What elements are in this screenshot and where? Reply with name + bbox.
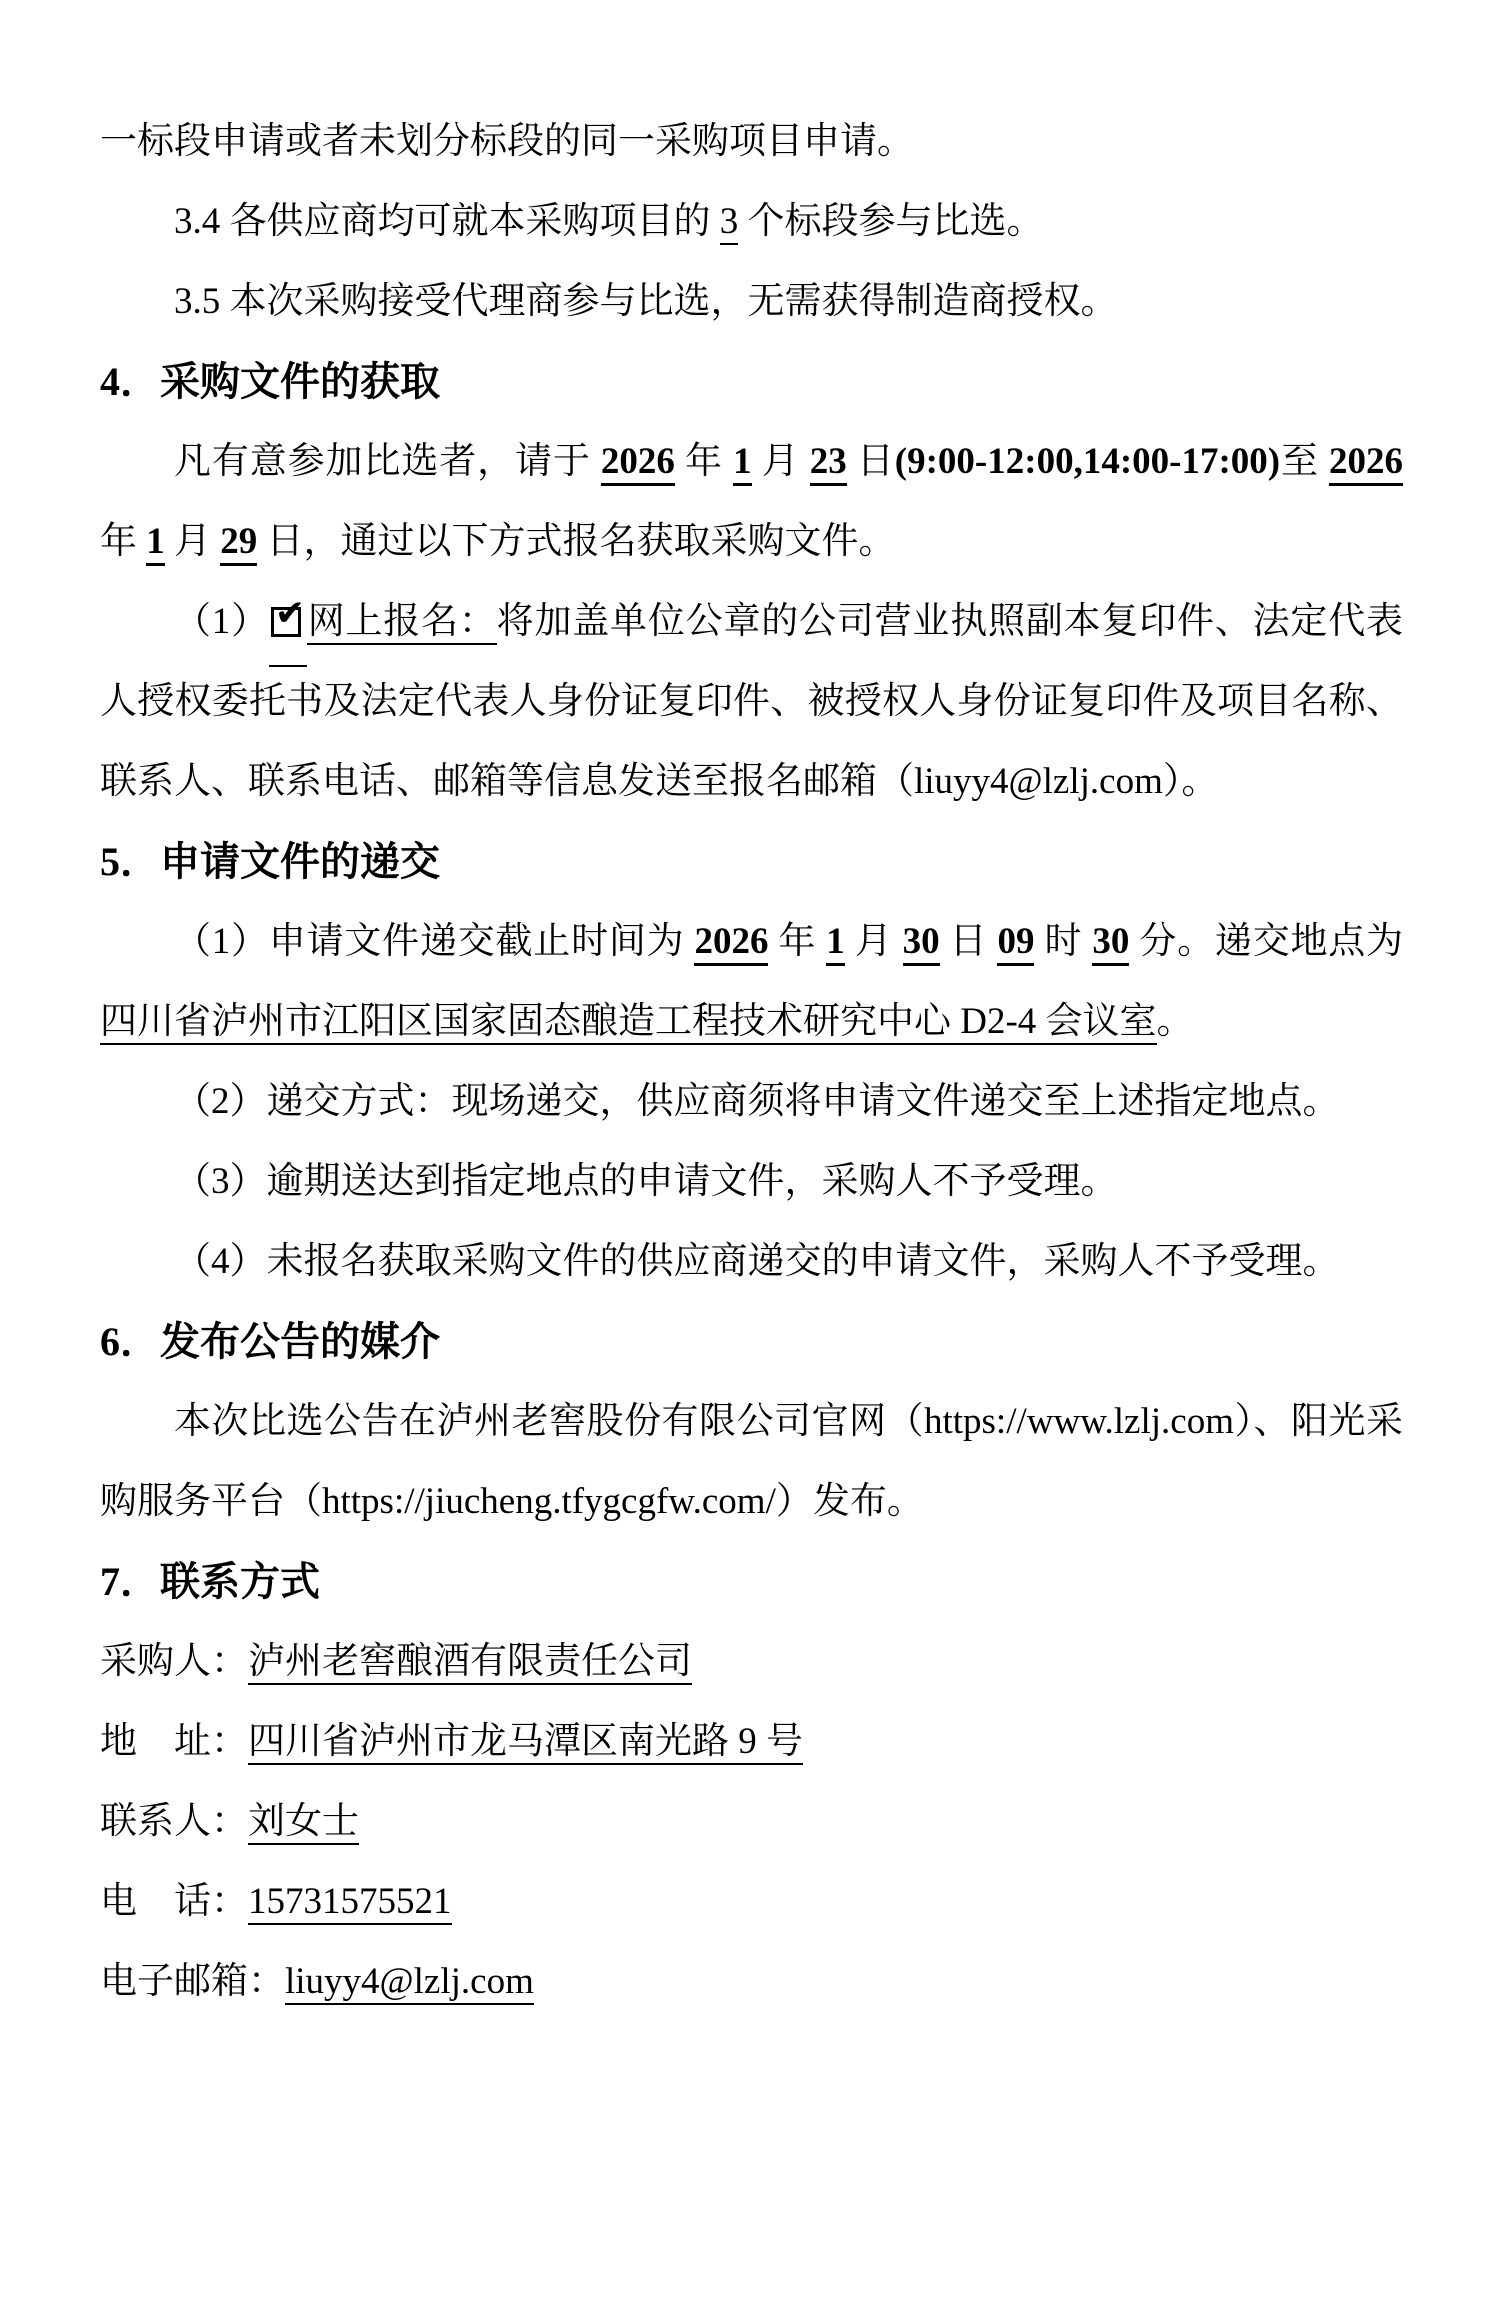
- text-run: 泸州老窖酿酒有限责任公司: [248, 1641, 692, 1685]
- text-run: 购服务平台（https://jiucheng.tfygcgfw.com/）发布。: [100, 1481, 924, 1522]
- text-run: 本次比选公告在泸州老窖股份有限公司官网（https://www.lzlj.com…: [174, 1401, 1403, 1442]
- heading-5: 5．申请文件的递交: [100, 822, 1403, 902]
- continuation-line: 一标段申请或者未划分标段的同一采购项目申请。: [100, 102, 1403, 182]
- text-run: 30: [1092, 921, 1129, 966]
- text-run: 电子邮箱：: [100, 1961, 285, 2002]
- heading-7: 7．联系方式: [100, 1542, 1403, 1622]
- text-run: 年: [768, 921, 826, 962]
- text-run: （1）申请文件递交截止时间为: [174, 921, 694, 962]
- text-run: 刘女士: [248, 1801, 359, 1845]
- text-run: 23: [810, 441, 847, 486]
- text-run: 个标段参与比选。: [738, 201, 1043, 242]
- text-run: 凡有意参加比选者，请于: [174, 441, 601, 482]
- contact-address: 地 址：四川省泸州市龙马潭区南光路 9 号: [100, 1702, 1403, 1782]
- text-run: 月: [752, 441, 810, 482]
- text-run: 时: [1034, 921, 1092, 962]
- text-run: 29: [220, 521, 257, 566]
- clause-5-1-line2: 四川省泸州市江阳区国家固态酿造工程技术研究中心 D2-4 会议室。: [100, 982, 1403, 1062]
- text-run: 年: [100, 521, 146, 562]
- document-page: 一标段申请或者未划分标段的同一采购项目申请。3.4 各供应商均可就本采购项目的 …: [0, 0, 1500, 2319]
- text-run: 网上报名：: [307, 601, 497, 645]
- text-run: 联系人：: [100, 1801, 248, 1842]
- para-4-item1-line3: 联系人、联系电话、邮箱等信息发送至报名邮箱（liuyy4@lzlj.com）。: [100, 742, 1403, 822]
- clause-5-4: （4）未报名获取采购文件的供应商递交的申请文件，采购人不予受理。: [100, 1222, 1403, 1302]
- text-run: 3.4 各供应商均可就本采购项目的: [174, 201, 720, 242]
- text-run: （4）未报名获取采购文件的供应商递交的申请文件，采购人不予受理。: [174, 1241, 1340, 1282]
- text-run: 人授权委托书及法定代表人身份证复印件、被授权人身份证复印件及项目名称、: [100, 681, 1403, 722]
- text-run: 日: [940, 921, 998, 962]
- text-run: 30: [903, 921, 940, 966]
- text-run: 四川省泸州市江阳区国家固态酿造工程技术研究中心 D2-4 会议室: [100, 1001, 1157, 1045]
- text-run: 4．采购文件的获取: [100, 359, 440, 404]
- clause-5-3: （3）逾期送达到指定地点的申请文件，采购人不予受理。: [100, 1142, 1403, 1222]
- text-run: 3.5 本次采购接受代理商参与比选，无需获得制造商授权。: [174, 281, 1118, 322]
- contact-person: 联系人：刘女士: [100, 1782, 1403, 1862]
- para-6-line1: 本次比选公告在泸州老窖股份有限公司官网（https://www.lzlj.com…: [100, 1382, 1403, 1462]
- text-run: 2026: [694, 921, 768, 966]
- clause-5-1-line1: （1）申请文件递交截止时间为 2026 年 1 月 30 日 09 时 30 分…: [100, 902, 1403, 982]
- text-run: liuyy4@lzlj.com: [285, 1961, 534, 2005]
- text-run: 日: [847, 441, 895, 482]
- para-6-line2: 购服务平台（https://jiucheng.tfygcgfw.com/）发布。: [100, 1462, 1403, 1542]
- contact-email: 电子邮箱：liuyy4@lzlj.com: [100, 1942, 1403, 2022]
- checkbox-checked-icon: ✔: [269, 582, 307, 667]
- text-run: 2026: [1329, 441, 1403, 486]
- text-run: 1: [733, 441, 752, 486]
- text-run: 。: [1157, 1001, 1194, 1042]
- text-run: 3: [720, 201, 739, 245]
- contact-buyer: 采购人：泸州老窖酿酒有限责任公司: [100, 1622, 1403, 1702]
- para-4-item1-line1: （1）✔网上报名：将加盖单位公章的公司营业执照副本复印件、法定代表: [100, 582, 1403, 662]
- text-run: （2）递交方式：现场递交，供应商须将申请文件递交至上述指定地点。: [174, 1081, 1340, 1122]
- clause-3-5: 3.5 本次采购接受代理商参与比选，无需获得制造商授权。: [100, 262, 1403, 342]
- text-run: 分。递交地点为: [1129, 921, 1403, 962]
- document-content: 一标段申请或者未划分标段的同一采购项目申请。3.4 各供应商均可就本采购项目的 …: [100, 102, 1403, 2022]
- text-run: 联系人、联系电话、邮箱等信息发送至报名邮箱（liuyy4@lzlj.com）。: [100, 761, 1218, 802]
- text-run: 日，通过以下方式报名获取采购文件。: [257, 521, 895, 562]
- para-4-item1-line2: 人授权委托书及法定代表人身份证复印件、被授权人身份证复印件及项目名称、: [100, 662, 1403, 742]
- heading-6: 6．发布公告的媒介: [100, 1302, 1403, 1382]
- text-run: （3）逾期送达到指定地点的申请文件，采购人不予受理。: [174, 1161, 1118, 1202]
- text-run: 7．联系方式: [100, 1559, 320, 1604]
- text-run: 月: [165, 521, 221, 562]
- text-run: (9:00-12:00,14:00-17:00): [895, 441, 1280, 482]
- text-run: 6．发布公告的媒介: [100, 1319, 440, 1364]
- text-run: 采购人：: [100, 1641, 248, 1682]
- text-run: 将加盖单位公章的公司营业执照副本复印件、法定代表: [497, 601, 1403, 642]
- clause-3-4: 3.4 各供应商均可就本采购项目的 3 个标段参与比选。: [100, 182, 1403, 262]
- text-run: 至: [1280, 441, 1329, 482]
- text-run: 1: [826, 921, 845, 966]
- text-run: 09: [997, 921, 1034, 966]
- text-run: （1）: [174, 601, 269, 642]
- text-run: 年: [675, 441, 733, 482]
- text-run: 四川省泸州市龙马潭区南光路 9 号: [248, 1721, 803, 1765]
- text-run: 5．申请文件的递交: [100, 839, 440, 884]
- para-4-line1: 凡有意参加比选者，请于 2026 年 1 月 23 日(9:00-12:00,1…: [100, 422, 1403, 502]
- text-run: 电 话：: [100, 1881, 248, 1922]
- contact-phone: 电 话：15731575521: [100, 1862, 1403, 1942]
- text-run: 月: [845, 921, 903, 962]
- text-run: 一标段申请或者未划分标段的同一采购项目申请。: [100, 121, 914, 162]
- clause-5-2: （2）递交方式：现场递交，供应商须将申请文件递交至上述指定地点。: [100, 1062, 1403, 1142]
- text-run: 1: [146, 521, 165, 566]
- text-run: 15731575521: [248, 1881, 452, 1925]
- para-4-line2: 年 1 月 29 日，通过以下方式报名获取采购文件。: [100, 502, 1403, 582]
- text-run: 2026: [601, 441, 675, 486]
- text-run: 地 址：: [100, 1721, 248, 1762]
- heading-4: 4．采购文件的获取: [100, 342, 1403, 422]
